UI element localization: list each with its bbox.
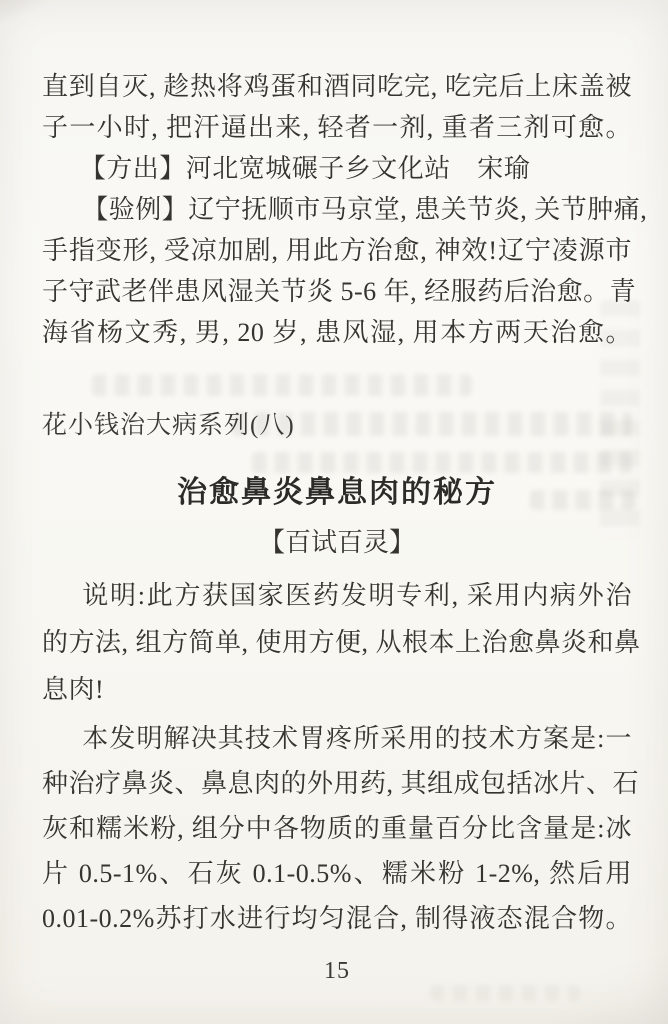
text-line: 直到自灭, 趁热将鸡蛋和酒同吃完, 吃完后上床盖被 xyxy=(42,66,632,107)
section-subtitle: 【百试百灵】 xyxy=(42,528,632,558)
scanned-book-page: 直到自灭, 趁热将鸡蛋和酒同吃完, 吃完后上床盖被子一小时, 把汗逼出来, 轻者… xyxy=(0,0,668,1024)
text-line: 手指变形, 受凉加剧, 用此方治愈, 神效!辽宁凌源市 xyxy=(42,230,632,271)
paragraph-description: 说明:此方获国家医药发明专利, 采用内病外治的方法, 组方简单, 使用方便, 从… xyxy=(42,572,632,713)
text-line: 说明:此方获国家医药发明专利, 采用内病外治 xyxy=(42,572,632,619)
text-line: 种治疗鼻炎、鼻息肉的外用药, 其组成包括冰片、石 xyxy=(42,761,632,806)
text-line: 本发明解决其技术胃疼所采用的技术方案是:一 xyxy=(42,716,632,761)
paragraph-remedy-usage: 直到自灭, 趁热将鸡蛋和酒同吃完, 吃完后上床盖被子一小时, 把汗逼出来, 轻者… xyxy=(42,66,632,148)
text-line: 0.01-0.2%苏打水进行均匀混合, 制得液态混合物。 xyxy=(42,896,632,941)
source-line: 【方出】河北宽城碾子乡文化站 宋瑜 xyxy=(42,148,632,189)
paragraph-formula: 本发明解决其技术胃疼所采用的技术方案是:一种治疗鼻炎、鼻息肉的外用药, 其组成包… xyxy=(42,716,632,941)
text-line: 【验例】辽宁抚顺市马京堂, 患关节炎, 关节肿痛, xyxy=(42,189,632,230)
page-number: 15 xyxy=(42,956,632,986)
section-title: 治愈鼻炎鼻息肉的秘方 xyxy=(42,475,632,511)
text-line: 的方法, 组方简单, 使用方便, 从根本上治愈鼻炎和鼻 xyxy=(42,619,632,666)
text-line: 子一小时, 把汗逼出来, 轻者一剂, 重者三剂可愈。 xyxy=(42,107,632,148)
bleedthrough-smudge xyxy=(430,985,580,1001)
text-line: 灰和糯米粉, 组分中各物质的重量百分比含量是:冰 xyxy=(42,806,632,851)
text-line: 片 0.5-1%、石灰 0.1-0.5%、糯米粉 1-2%, 然后用 xyxy=(42,851,632,896)
text-line: 海省杨文秀, 男, 20 岁, 患风湿, 用本方两天治愈。 xyxy=(42,312,632,353)
paragraph-case-examples: 【验例】辽宁抚顺市马京堂, 患关节炎, 关节肿痛,手指变形, 受凉加剧, 用此方… xyxy=(42,189,632,353)
page-text-block: 直到自灭, 趁热将鸡蛋和酒同吃完, 吃完后上床盖被子一小时, 把汗逼出来, 轻者… xyxy=(42,66,632,986)
text-line: 息肉! xyxy=(42,666,632,713)
text-line: 子守武老伴患风湿关节炎 5-6 年, 经服药后治愈。青 xyxy=(42,271,632,312)
series-label: 花小钱治大病系列(八) xyxy=(42,410,632,441)
